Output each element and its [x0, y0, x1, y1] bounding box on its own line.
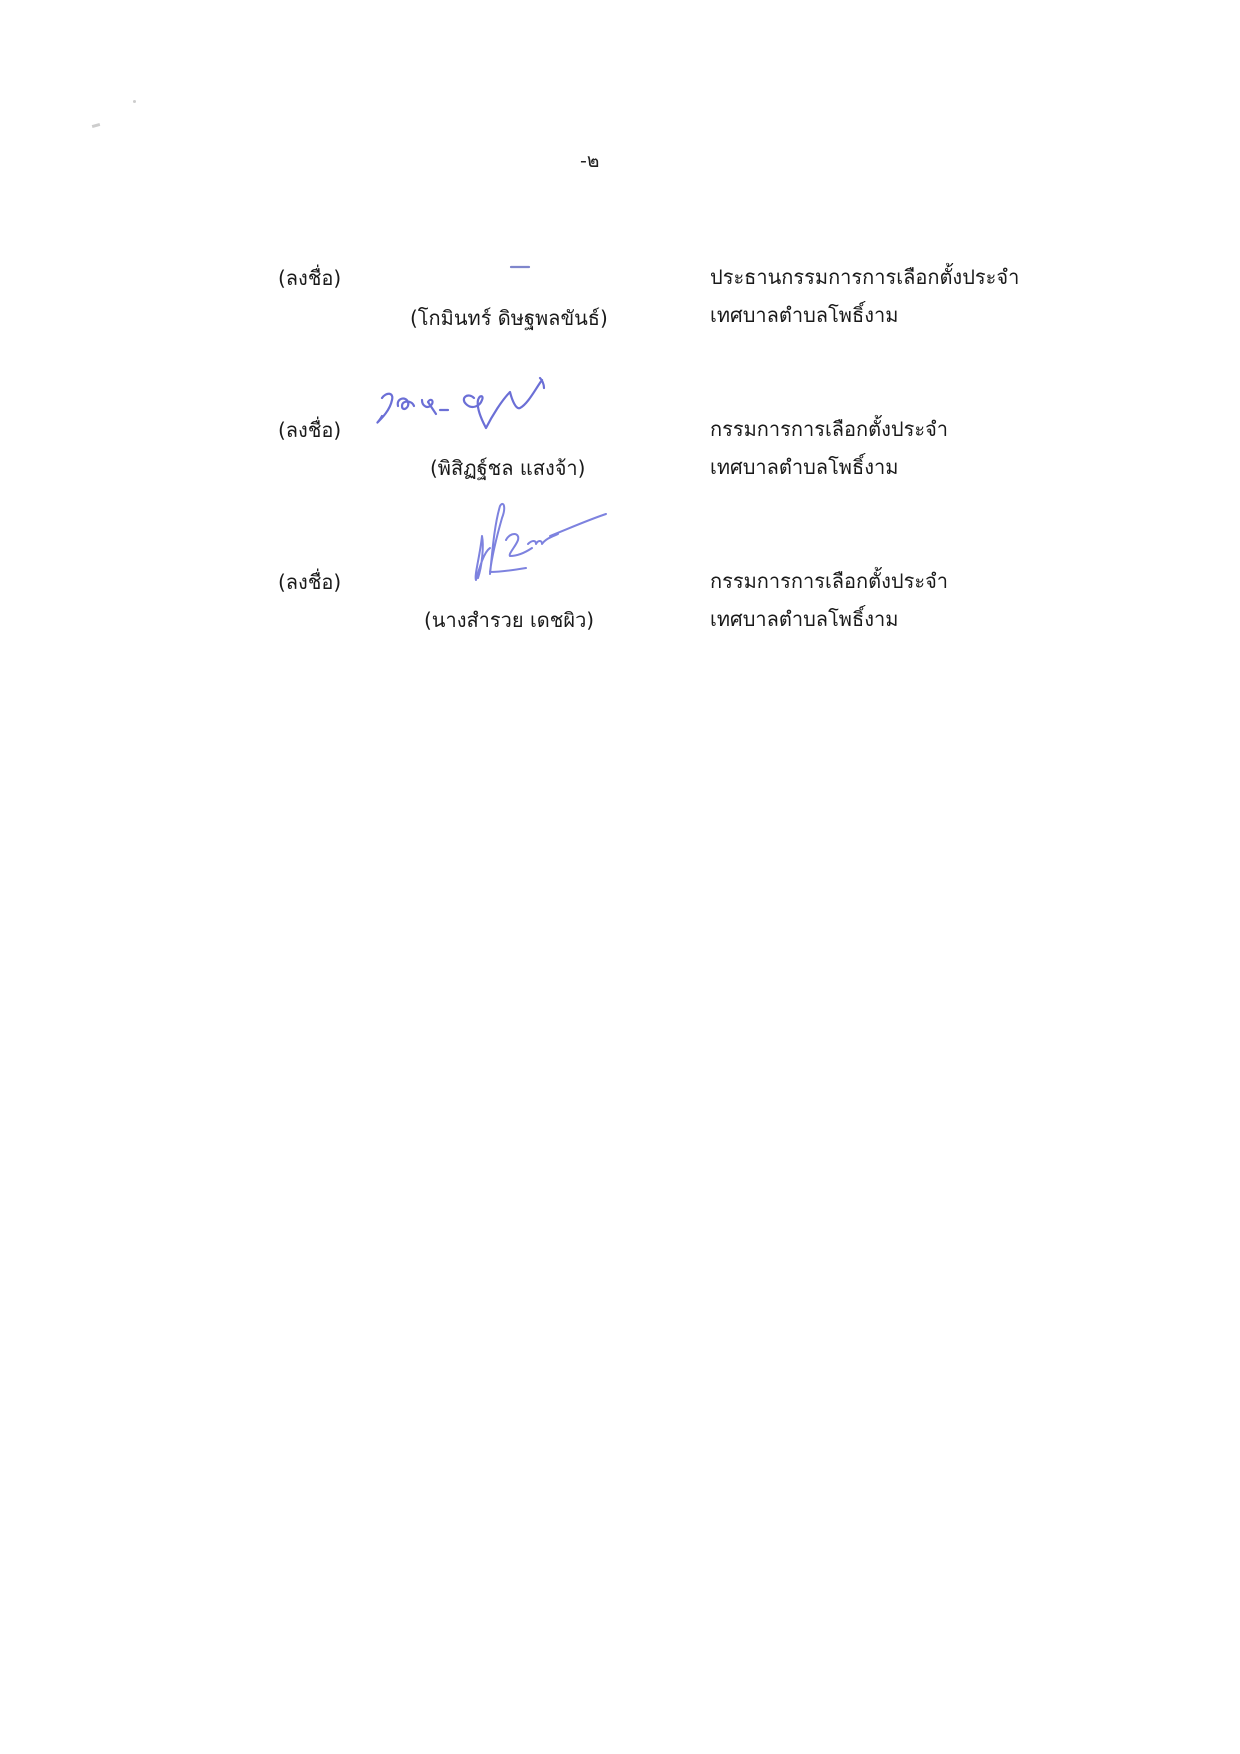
signer-name: (โกมินทร์ ดิษฐพลขันธ์) [410, 302, 608, 334]
position-line-1: กรรมการการเลือกตั้งประจำ [710, 410, 948, 448]
position-title: กรรมการการเลือกตั้งประจำ เทศบาลตำบลโพธิ์… [710, 562, 948, 638]
position-line-1: ประธานกรรมการการเลือกตั้งประจำ [710, 258, 1019, 296]
position-line-1: กรรมการการเลือกตั้งประจำ [710, 562, 948, 600]
sign-label: (ลงชื่อ) [278, 566, 341, 598]
signer-name: (นางสำรวย เดชผิว) [424, 604, 594, 636]
document-page: -๒ (ลงชื่อ) (โกมินทร์ ดิษฐพลขันธ์) ประธา… [0, 0, 1240, 1754]
scan-artifact [133, 100, 136, 103]
page-number: -๒ [580, 146, 599, 176]
position-title: ประธานกรรมการการเลือกตั้งประจำ เทศบาลตำบ… [710, 258, 1019, 334]
position-line-2: เทศบาลตำบลโพธิ์งาม [710, 600, 948, 638]
handwritten-signature-icon [470, 496, 610, 586]
scan-artifact [92, 123, 101, 128]
sign-label: (ลงชื่อ) [278, 262, 341, 294]
signature-mark-icon [510, 264, 530, 270]
position-title: กรรมการการเลือกตั้งประจำ เทศบาลตำบลโพธิ์… [710, 410, 948, 486]
position-line-2: เทศบาลตำบลโพธิ์งาม [710, 296, 1019, 334]
position-line-2: เทศบาลตำบลโพธิ์งาม [710, 448, 948, 486]
handwritten-signature-icon [372, 370, 582, 440]
signer-name: (พิสิฏฐ์ชล แสงจ้า) [430, 452, 585, 484]
sign-label: (ลงชื่อ) [278, 414, 341, 446]
